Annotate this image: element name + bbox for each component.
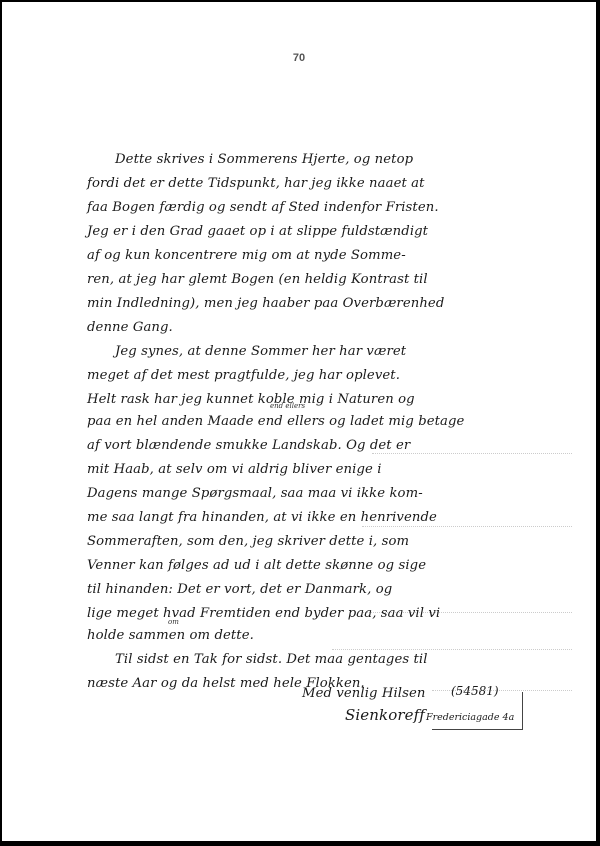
text-line: Venner kan følges ad ud i alt dette skøn… [87, 558, 426, 573]
text-line: min Indledning), men jeg haaber paa Over… [87, 296, 444, 311]
text-line: Jeg er i den Grad gaaet op i at slippe f… [87, 224, 428, 239]
signature-box-line [522, 692, 523, 730]
text-line: mit Haab, at selv om vi aldrig bliver en… [87, 462, 382, 477]
page-number: 70 [2, 52, 596, 64]
text-line: meget af det mest pragtfulde, jeg har op… [87, 368, 400, 383]
signature-number: (54581) [451, 684, 499, 698]
closing-salutation: Med venlig Hilsen [302, 686, 425, 701]
guide-line [362, 526, 572, 527]
text-line: me saa langt fra hinanden, at vi ikke en… [87, 510, 437, 525]
text-line: denne Gang. [87, 320, 173, 335]
text-line: Sommeraften, som den, jeg skriver dette … [87, 534, 409, 549]
text-line: Dagens mange Spørgsmaal, saa maa vi ikke… [87, 486, 423, 501]
text-line: af og kun koncentrere mig om at nyde Som… [87, 248, 406, 263]
text-line: af vort blændende smukke Landskab. Og de… [87, 438, 410, 453]
guide-line [332, 649, 572, 650]
text-line: Helt rask har jeg kunnet koble mig i Nat… [87, 392, 415, 407]
guide-line [372, 453, 572, 454]
text-line: lige meget hvad Fremtiden end byder paa,… [87, 606, 440, 621]
insertion-note: end ellers [270, 402, 305, 410]
text-line: ren, at jeg har glemt Bogen (en heldig K… [87, 272, 428, 287]
text-line: faa Bogen færdig og sendt af Sted indenf… [87, 200, 439, 215]
signature: Sienkoreff [345, 706, 425, 724]
signature-box-line [432, 729, 522, 730]
insertion-note: om [168, 618, 179, 626]
signature-address: Fredericiagade 4a [426, 712, 514, 723]
text-line: Jeg synes, at denne Sommer her har været [115, 344, 406, 359]
text-line: holde sammen om dette. [87, 628, 254, 643]
text-line: paa en hel anden Maade end ellers og lad… [87, 414, 464, 429]
text-line: Dette skrives i Sommerens Hjerte, og net… [115, 152, 413, 167]
document-page: 70 Dette skrives i Sommerens Hjerte, og … [2, 2, 596, 841]
text-line: fordi det er dette Tidspunkt, har jeg ik… [87, 176, 425, 191]
text-line: til hinanden: Det er vort, det er Danmar… [87, 582, 392, 597]
text-line: Til sidst en Tak for sidst. Det maa gent… [115, 652, 428, 667]
